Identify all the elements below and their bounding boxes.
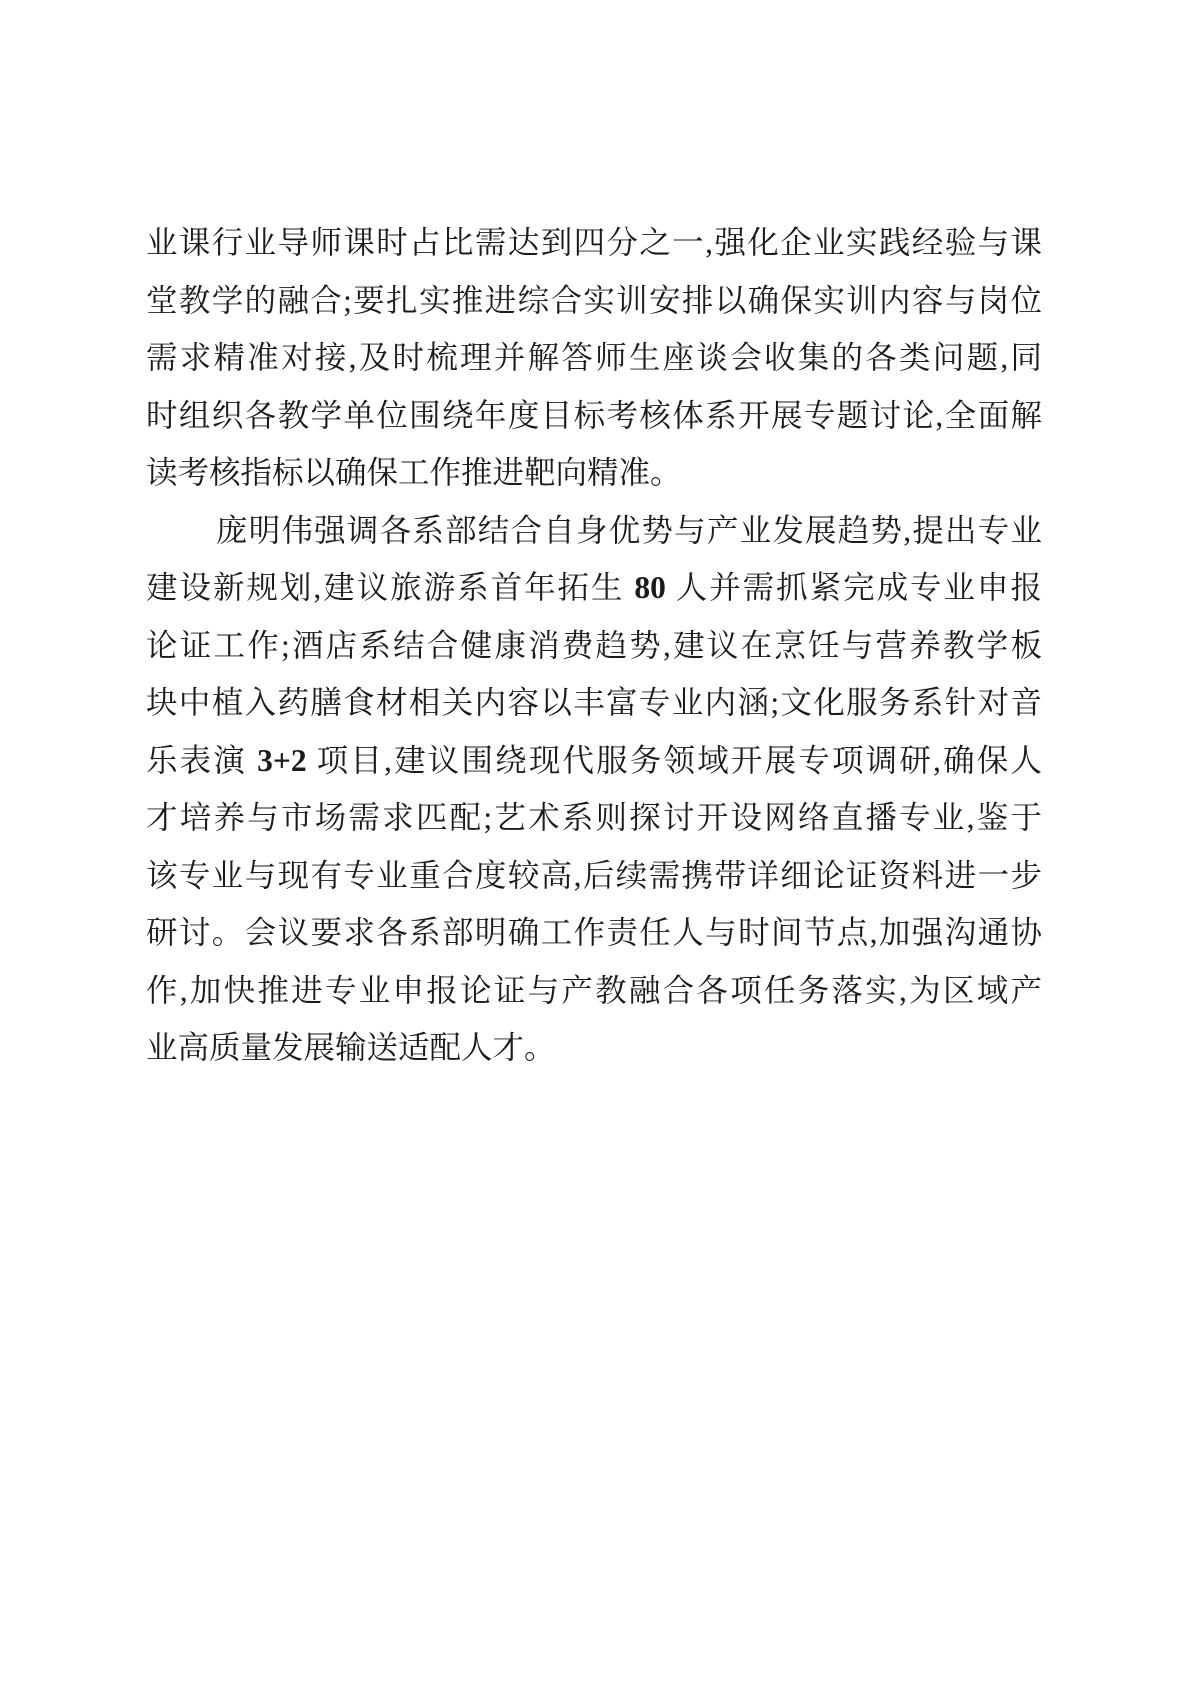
text-segment: 时组织各教学单位围绕年度目标考核体系开展专题讨论,全面解 bbox=[146, 398, 1042, 433]
document-body: 业课行业导师课时占比需达到四分之一,强化企业实践经验与课堂教学的融合;要扎实推进… bbox=[146, 214, 1042, 1077]
text-line: 该专业与现有专业重合度较高,后续需携带详细论证资料进一步 bbox=[146, 847, 1042, 905]
text-line: 块中植入药膳食材相关内容以丰富专业内涵;文化服务系针对音 bbox=[146, 674, 1042, 732]
document-page: 业课行业导师课时占比需达到四分之一,强化企业实践经验与课堂教学的融合;要扎实推进… bbox=[0, 0, 1191, 1684]
text-segment: 块中植入药膳食材相关内容以丰富专业内涵;文化服务系针对音 bbox=[146, 685, 1042, 720]
text-line: 建设新规划,建议旅游系首年拓生 80 人并需抓紧完成专业申报 bbox=[146, 559, 1042, 617]
text-segment: 研讨。会议要求各系部明确工作责任人与时间节点,加强沟通协 bbox=[146, 915, 1042, 950]
bold-number: 3+2 bbox=[257, 743, 306, 778]
text-line: 业课行业导师课时占比需达到四分之一,强化企业实践经验与课 bbox=[146, 214, 1042, 272]
text-segment: 人并需抓紧完成专业申报 bbox=[666, 570, 1042, 605]
text-line: 读考核指标以确保工作推进靶向精准。 bbox=[146, 444, 1042, 502]
text-segment: 才培养与市场需求匹配;艺术系则探讨开设网络直播专业,鉴于 bbox=[146, 800, 1042, 835]
text-line: 研讨。会议要求各系部明确工作责任人与时间节点,加强沟通协 bbox=[146, 904, 1042, 962]
text-segment: 业高质量发展输送适配人才。 bbox=[146, 1030, 556, 1065]
paragraph: 业课行业导师课时占比需达到四分之一,强化企业实践经验与课堂教学的融合;要扎实推进… bbox=[146, 214, 1042, 502]
text-segment: 该专业与现有专业重合度较高,后续需携带详细论证资料进一步 bbox=[146, 858, 1042, 893]
text-line: 时组织各教学单位围绕年度目标考核体系开展专题讨论,全面解 bbox=[146, 387, 1042, 445]
text-line: 论证工作;酒店系结合健康消费趋势,建议在烹饪与营养教学板 bbox=[146, 617, 1042, 675]
text-segment: 乐表演 bbox=[146, 743, 257, 778]
text-segment: 项目,建议围绕现代服务领域开展专项调研,确保人 bbox=[307, 743, 1042, 778]
text-segment: 读考核指标以确保工作推进靶向精准。 bbox=[146, 455, 682, 490]
paragraph: 庞明伟强调各系部结合自身优势与产业发展趋势,提出专业建设新规划,建议旅游系首年拓… bbox=[146, 502, 1042, 1077]
text-line: 需求精准对接,及时梳理并解答师生座谈会收集的各类问题,同 bbox=[146, 329, 1042, 387]
text-segment: 论证工作;酒店系结合健康消费趋势,建议在烹饪与营养教学板 bbox=[146, 628, 1042, 663]
text-segment: 庞明伟强调各系部结合自身优势与产业发展趋势,提出专业 bbox=[216, 513, 1042, 548]
bold-number: 80 bbox=[634, 570, 666, 605]
text-line: 堂教学的融合;要扎实推进综合实训安排以确保实训内容与岗位 bbox=[146, 272, 1042, 330]
text-segment: 堂教学的融合;要扎实推进综合实训安排以确保实训内容与岗位 bbox=[146, 283, 1042, 318]
text-line: 才培养与市场需求匹配;艺术系则探讨开设网络直播专业,鉴于 bbox=[146, 789, 1042, 847]
text-segment: 需求精准对接,及时梳理并解答师生座谈会收集的各类问题,同 bbox=[146, 340, 1042, 375]
text-line: 业高质量发展输送适配人才。 bbox=[146, 1019, 1042, 1077]
text-segment: 业课行业导师课时占比需达到四分之一,强化企业实践经验与课 bbox=[146, 225, 1042, 260]
text-line: 乐表演 3+2 项目,建议围绕现代服务领域开展专项调研,确保人 bbox=[146, 732, 1042, 790]
text-line: 庞明伟强调各系部结合自身优势与产业发展趋势,提出专业 bbox=[146, 502, 1042, 560]
text-segment: 建设新规划,建议旅游系首年拓生 bbox=[146, 570, 634, 605]
text-segment: 作,加快推进专业申报论证与产教融合各项任务落实,为区域产 bbox=[146, 973, 1042, 1008]
text-line: 作,加快推进专业申报论证与产教融合各项任务落实,为区域产 bbox=[146, 962, 1042, 1020]
